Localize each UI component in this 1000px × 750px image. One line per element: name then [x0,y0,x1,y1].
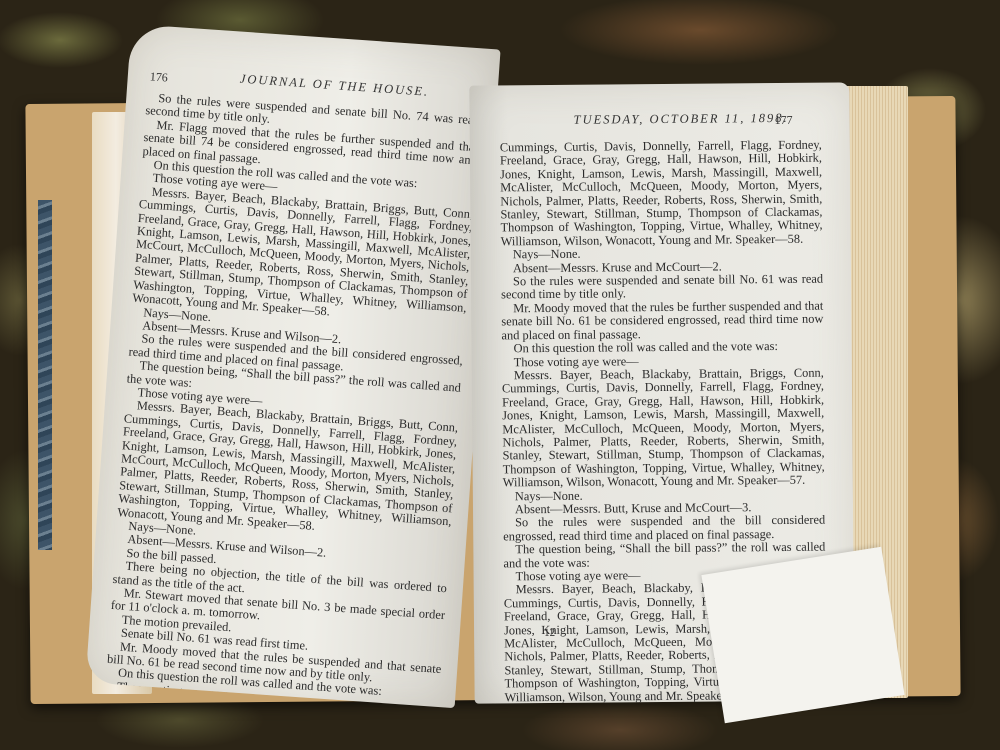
paragraph: On this question the roll was called and… [502,340,824,356]
inserted-paper-slip [701,547,904,724]
page-number-right: 177 [775,113,793,128]
paragraph: Messrs. Bayer, Beach, Blackaby, Brattain… [502,366,825,489]
left-page-text: So the rules were suspended and senate b… [104,91,480,708]
paragraph: Mr. Moody moved that the rules be furthe… [501,299,823,342]
running-head-right: TUESDAY, OCTOBER 11, 1898. [574,111,789,128]
left-page: 176 JOURNAL OF THE HOUSE. So the rules w… [85,24,500,708]
paragraph: So the rules were suspended and the bill… [503,514,825,544]
paragraph: Cummings, Curtis, Davis, Donnelly, Farre… [500,139,823,249]
signature-mark: 12 [544,627,555,639]
marbled-board-left [38,200,52,550]
paragraph: Messrs. Bayer, Beach, Blackaby, Brattain… [132,185,474,329]
page-number-left: 176 [149,69,168,85]
paragraph: So the rules were suspended and senate b… [501,273,823,303]
running-head-left: JOURNAL OF THE HOUSE. [239,72,429,100]
